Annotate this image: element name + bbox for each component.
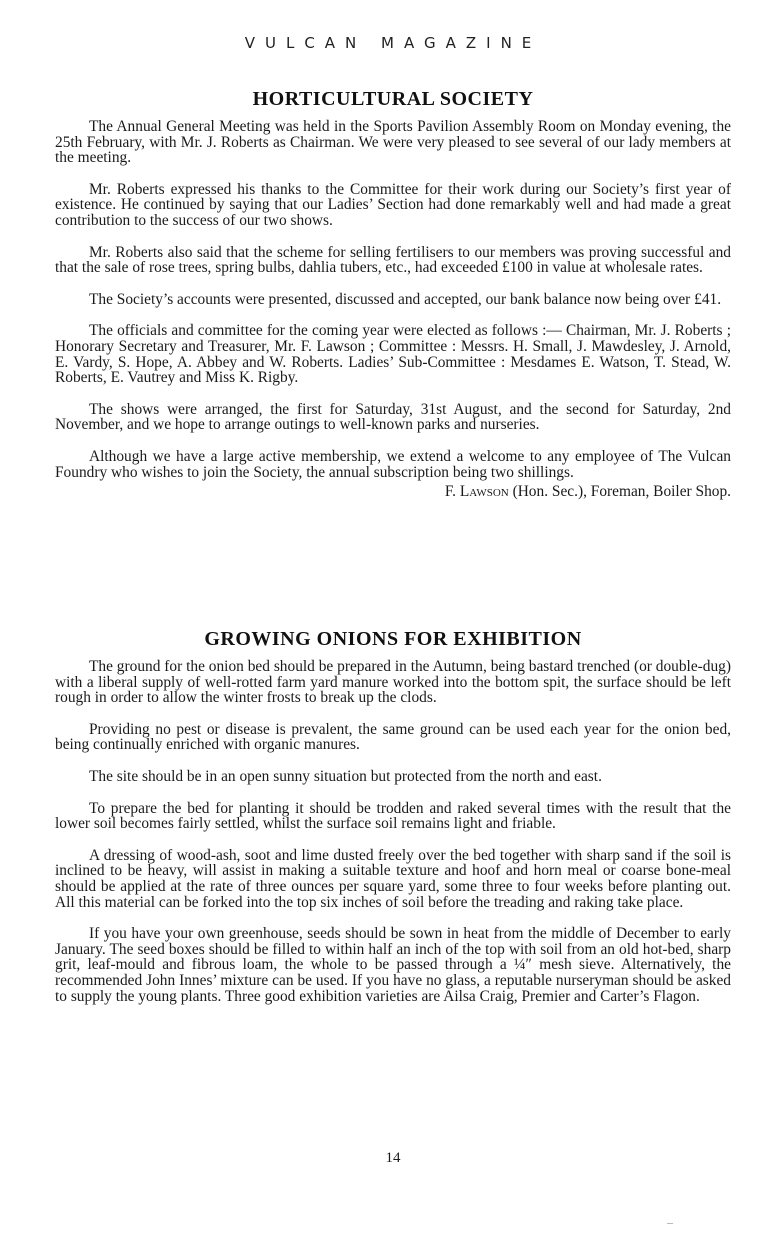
paragraph: The shows were arranged, the first for S… [55,402,731,433]
author-role: (Hon. Sec.), Foreman, Boiler Shop. [509,483,731,500]
paragraph: Although we have a large active membersh… [55,449,731,480]
running-head: VULCAN MAGAZINE [55,34,731,52]
paragraph: The Annual General Meeting was held in t… [55,119,731,166]
author-signature: F. Lawson (Hon. Sec.), Foreman, Boiler S… [55,484,731,500]
paragraph: If you have your own greenhouse, seeds s… [55,926,731,1004]
growing-onions-article: GROWING ONIONS FOR EXHIBITION The ground… [55,628,731,1020]
paragraph: The officials and committee for the comi… [55,323,731,385]
paragraph: Providing no pest or disease is prevalen… [55,722,731,753]
paragraph: A dressing of wood-ash, soot and lime du… [55,848,731,910]
paragraph: The Society’s accounts were presented, d… [55,292,731,308]
paragraph: The ground for the onion bed should be p… [55,659,731,706]
scan-speck [667,1223,673,1224]
paragraph: To prepare the bed for planting it shoul… [55,801,731,832]
paragraph: Mr. Roberts expressed his thanks to the … [55,182,731,229]
article-title: HORTICULTURAL SOCIETY [55,88,731,111]
author-name: F. Lawson [445,483,509,500]
paragraph: Mr. Roberts also said that the scheme fo… [55,245,731,276]
page-number: 14 [55,1150,731,1167]
article-title: GROWING ONIONS FOR EXHIBITION [55,628,731,651]
horticultural-society-article: HORTICULTURAL SOCIETY The Annual General… [55,88,731,500]
paragraph: The site should be in an open sunny situ… [55,769,731,785]
